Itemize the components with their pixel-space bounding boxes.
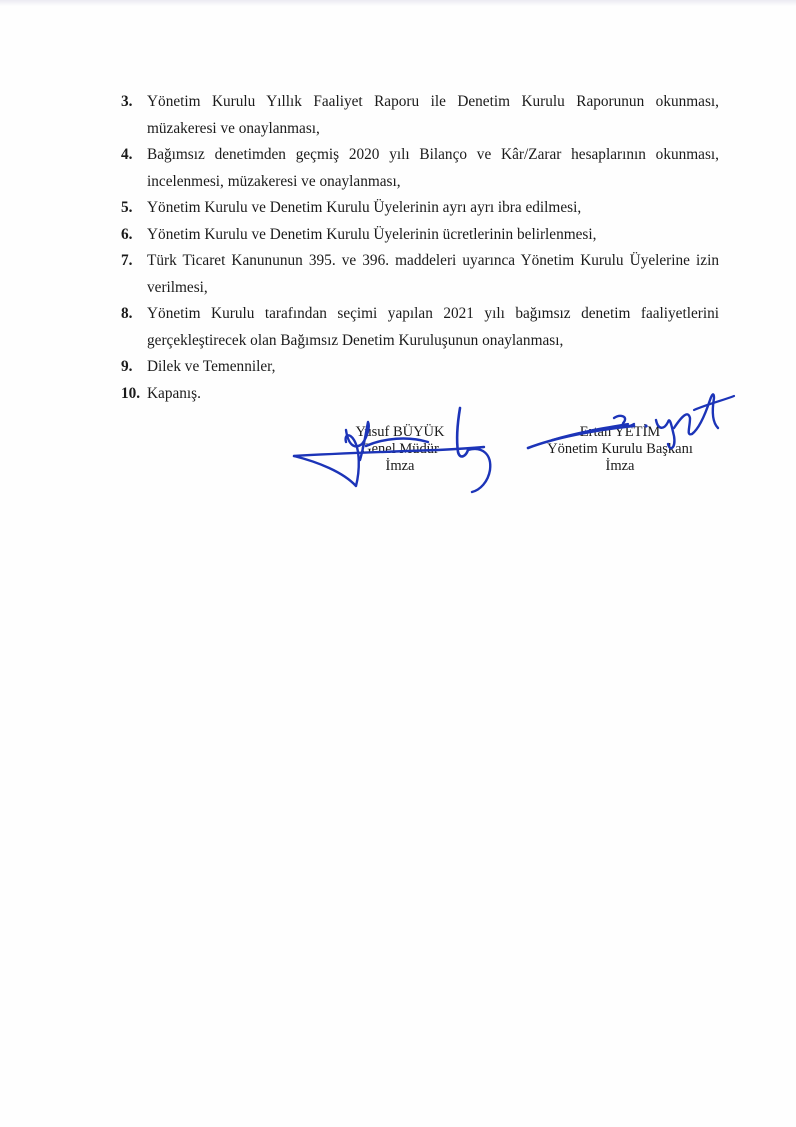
signature-block-board-chairman: Ertan YETİM Yönetim Kurulu Başkanı İmza xyxy=(520,424,720,475)
signature-label: İmza xyxy=(330,458,470,475)
agenda-text: Yönetim Kurulu Yıllık Faaliyet Raporu il… xyxy=(147,89,719,142)
agenda-number: 7. xyxy=(121,248,132,275)
agenda-item-7: 7. Türk Ticaret Kanununun 395. ve 396. m… xyxy=(121,248,719,301)
agenda-list: 3. Yönetim Kurulu Yıllık Faaliyet Raporu… xyxy=(121,89,719,407)
agenda-number: 6. xyxy=(121,222,132,249)
agenda-text: Yönetim Kurulu ve Denetim Kurulu Üyeleri… xyxy=(147,222,719,249)
signatory-name: Ertan YETİM xyxy=(520,424,720,441)
agenda-number: 9. xyxy=(121,354,132,381)
agenda-item-10: 10. Kapanış. xyxy=(121,381,719,408)
agenda-item-8: 8. Yönetim Kurulu tarafından seçimi yapı… xyxy=(121,301,719,354)
agenda-text: Bağımsız denetimden geçmiş 2020 yılı Bil… xyxy=(147,142,719,195)
agenda-item-3: 3. Yönetim Kurulu Yıllık Faaliyet Raporu… xyxy=(121,89,719,142)
agenda-text: Dilek ve Temenniler, xyxy=(147,354,719,381)
agenda-number: 8. xyxy=(121,301,132,328)
agenda-number: 10. xyxy=(121,381,140,408)
agenda-number: 3. xyxy=(121,89,132,116)
signatory-title: Yönetim Kurulu Başkanı xyxy=(520,441,720,458)
agenda-text: Türk Ticaret Kanununun 395. ve 396. madd… xyxy=(147,248,719,301)
agenda-number: 4. xyxy=(121,142,132,169)
agenda-text: Yönetim Kurulu ve Denetim Kurulu Üyeleri… xyxy=(147,195,719,222)
agenda-item-6: 6. Yönetim Kurulu ve Denetim Kurulu Üyel… xyxy=(121,222,719,249)
agenda-text: Yönetim Kurulu tarafından seçimi yapılan… xyxy=(147,301,719,354)
signature-label: İmza xyxy=(520,458,720,475)
agenda-text: Kapanış. xyxy=(147,381,719,408)
signature-block-general-manager: Yusuf BÜYÜK Genel Müdür İmza xyxy=(330,424,470,475)
agenda-number: 5. xyxy=(121,195,132,222)
agenda-item-4: 4. Bağımsız denetimden geçmiş 2020 yılı … xyxy=(121,142,719,195)
signatory-name: Yusuf BÜYÜK xyxy=(330,424,470,441)
signatory-title: Genel Müdür xyxy=(330,441,470,458)
scan-edge-artifact xyxy=(0,0,796,6)
agenda-item-9: 9. Dilek ve Temenniler, xyxy=(121,354,719,381)
document-page: 3. Yönetim Kurulu Yıllık Faaliyet Raporu… xyxy=(0,0,796,1127)
agenda-item-5: 5. Yönetim Kurulu ve Denetim Kurulu Üyel… xyxy=(121,195,719,222)
